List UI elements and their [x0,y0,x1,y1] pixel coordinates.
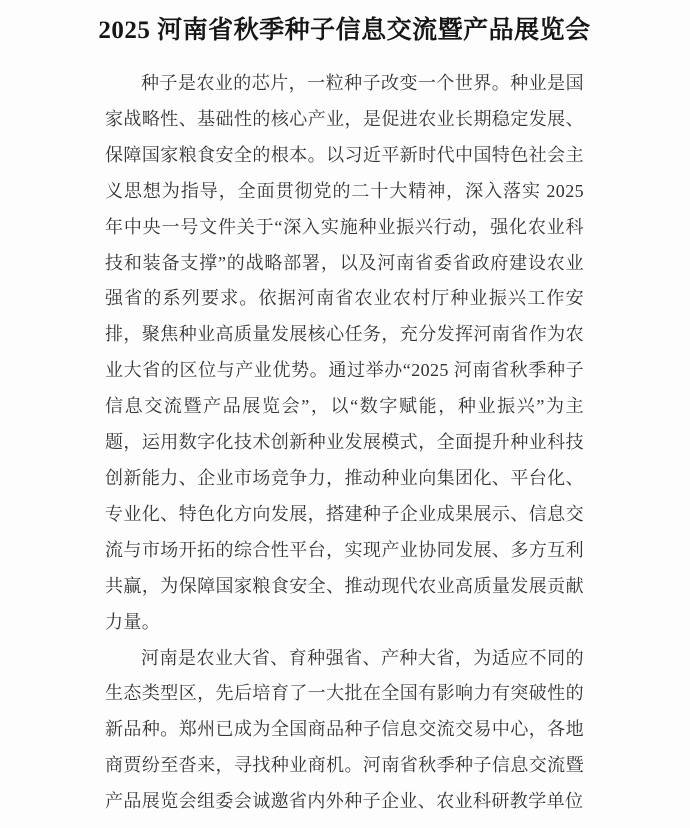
paragraph-intro: 种子是农业的芯片，一粒种子改变一个世界。种业是国家战略性、基础性的核心产业，是促… [105,66,584,641]
document-title: 2025 河南省秋季种子信息交流暨产品展览会 [93,14,596,48]
paragraph-henan-overview: 河南是农业大省、育种强省、产种大省，为适应不同的生态类型区，先后培育了一大批在全… [105,641,584,821]
document-page: 2025 河南省秋季种子信息交流暨产品展览会 种子是农业的芯片，一粒种子改变一个… [0,0,690,828]
